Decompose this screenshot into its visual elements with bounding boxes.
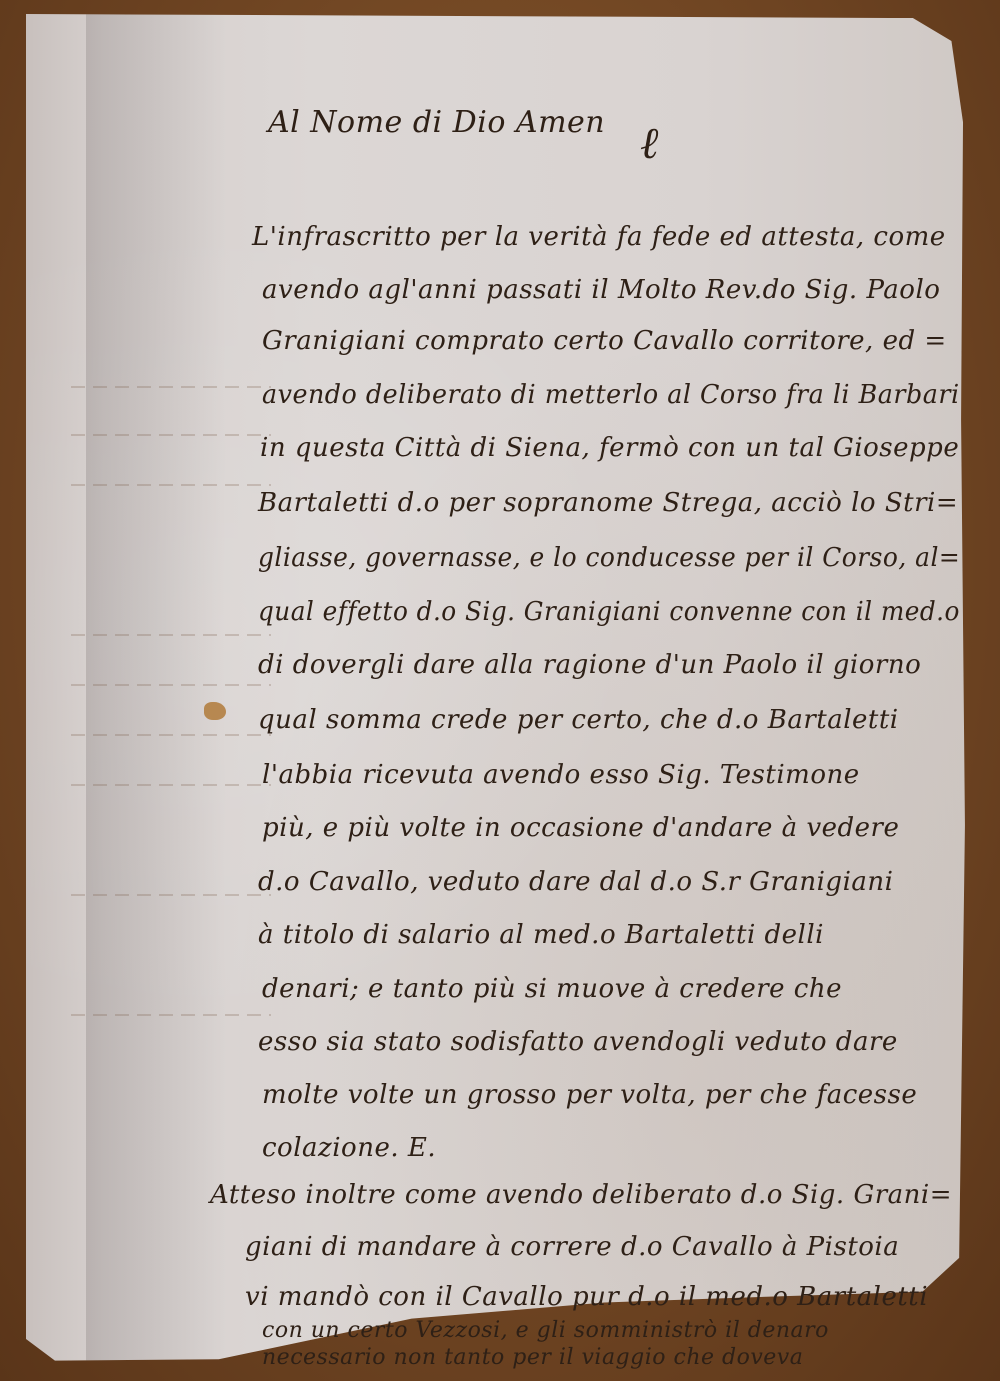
manuscript-line: avendo deliberato di metterlo al Corso f… xyxy=(262,380,960,410)
manuscript-line: più, e più volte in occasione d'andare à… xyxy=(262,813,899,843)
manuscript-text: Al Nome di Dio Amen ℓ L'infrascritto per… xyxy=(0,0,1000,1381)
manuscript-line: qual somma crede per certo, che d.o Bart… xyxy=(258,705,899,735)
manuscript-line: à titolo di salario al med.o Bartaletti … xyxy=(258,920,824,950)
manuscript-line: colazione. E. xyxy=(262,1133,436,1163)
manuscript-line: Atteso inoltre come avendo deliberato d.… xyxy=(210,1180,952,1210)
manuscript-line: Bartaletti d.o per sopranome Strega, acc… xyxy=(258,488,958,518)
manuscript-line: molte volte un grosso per volta, per che… xyxy=(262,1080,917,1110)
manuscript-line: d.o Cavallo, veduto dare dal d.o S.r Gra… xyxy=(258,867,893,897)
manuscript-line: esso sia stato sodisfatto avendogli vedu… xyxy=(258,1027,898,1057)
document-title: Al Nome di Dio Amen xyxy=(268,105,605,140)
title-flourish: ℓ xyxy=(640,118,658,169)
manuscript-line: Granigiani comprato certo Cavallo corrit… xyxy=(262,326,947,356)
manuscript-line: giani di mandare à correre d.o Cavallo à… xyxy=(245,1232,899,1262)
manuscript-line: necessario non tanto per il viaggio che … xyxy=(262,1345,803,1370)
manuscript-line: L'infrascritto per la verità fa fede ed … xyxy=(252,222,946,252)
manuscript-line: di dovergli dare alla ragione d'un Paolo… xyxy=(258,650,921,680)
manuscript-line: avendo agl'anni passati il Molto Rev.do … xyxy=(262,275,940,305)
manuscript-line: in questa Città di Siena, fermò con un t… xyxy=(260,433,959,463)
manuscript-line: con un certo Vezzosi, e gli somministrò … xyxy=(262,1318,829,1343)
manuscript-line: vi mandò con il Cavallo pur d.o il med.o… xyxy=(245,1282,928,1312)
manuscript-line: qual effetto d.o Sig. Granigiani convenn… xyxy=(258,597,960,627)
manuscript-line: gliasse, governasse, e lo conducesse per… xyxy=(258,543,960,573)
manuscript-line: denari; e tanto più si muove à credere c… xyxy=(262,974,842,1004)
manuscript-line: l'abbia ricevuta avendo esso Sig. Testim… xyxy=(262,760,860,790)
